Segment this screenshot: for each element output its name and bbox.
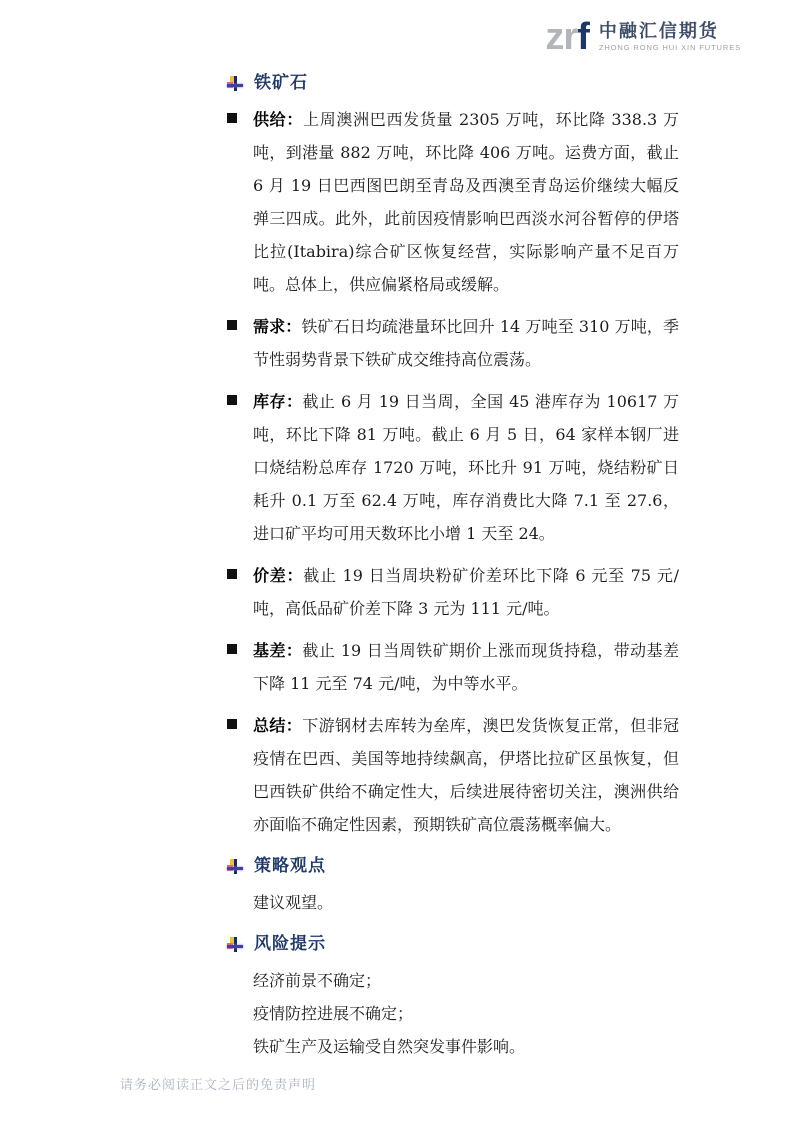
bullet-label: 需求： (253, 317, 301, 336)
bullet-label: 库存： (253, 392, 302, 411)
bullet-item-summary: 总结：下游钢材去库转为垒库，澳巴发货恢复正常，但非冠疫情在巴西、美国等地持续飙高… (227, 709, 679, 841)
section-header-strategy: 策略观点 (227, 855, 679, 877)
bullet-item-inventory: 库存：截止 6 月 19 日当周，全国 45 港库存为 10617 万吨，环比下… (227, 385, 679, 550)
bullet-item-basis: 基差：截止 19 日当周铁矿期价上涨而现货持稳，带动基差下降 11 元至 74 … (227, 634, 679, 700)
company-logo: zrf 中融汇信期货 ZHONG RONG HUI XIN FUTURES (545, 18, 741, 56)
section-title: 铁矿石 (254, 72, 308, 94)
bullet-text: 总结：下游钢材去库转为垒库，澳巴发货恢复正常，但非冠疫情在巴西、美国等地持续飙高… (253, 709, 679, 841)
section-bullet-icon (227, 76, 243, 91)
bullet-label: 基差： (253, 641, 302, 660)
square-bullet-icon (227, 113, 237, 123)
square-bullet-icon (227, 395, 237, 405)
footer-disclaimer: 请务必阅读正文之后的免责声明 (120, 1078, 316, 1094)
bullet-text: 价差：截止 19 日当周块粉矿价差环比下降 6 元至 75 元/吨，高低品矿价差… (253, 559, 679, 625)
bullet-item-demand: 需求：铁矿石日均疏港量环比回升 14 万吨至 310 万吨，季节性弱势背景下铁矿… (227, 310, 679, 376)
bullet-item-price-spread: 价差：截止 19 日当周块粉矿价差环比下降 6 元至 75 元/吨，高低品矿价差… (227, 559, 679, 625)
section-header-risk: 风险提示 (227, 933, 679, 955)
logo-name-en: ZHONG RONG HUI XIN FUTURES (599, 43, 741, 53)
risk-line: 经济前景不确定； (253, 964, 679, 997)
logo-abbr-zr: zr (545, 16, 577, 58)
report-body: 铁矿石 供给：上周澳洲巴西发货量 2305 万吨，环比降 338.3 万吨，到港… (227, 72, 679, 1063)
bullet-body: 截止 19 日当周块粉矿价差环比下降 6 元至 75 元/吨，高低品矿价差下降 … (253, 566, 679, 618)
bullet-body: 截止 6 月 19 日当周，全国 45 港库存为 10617 万吨，环比下降 8… (253, 392, 679, 543)
section-bullet-icon (227, 859, 243, 874)
bullet-body: 上周澳洲巴西发货量 2305 万吨，环比降 338.3 万吨，到港量 882 万… (253, 110, 679, 294)
section-bullet-icon (227, 937, 243, 952)
square-bullet-icon (227, 320, 237, 330)
risk-line: 疫情防控进展不确定； (253, 997, 679, 1030)
square-bullet-icon (227, 569, 237, 579)
bullet-text: 供给：上周澳洲巴西发货量 2305 万吨，环比降 338.3 万吨，到港量 88… (253, 103, 679, 301)
logo-abbr: zrf (545, 18, 588, 56)
logo-name-cn: 中融汇信期货 (599, 21, 741, 41)
risk-line: 铁矿生产及运输受自然突发事件影响。 (253, 1030, 679, 1063)
bullet-text: 需求：铁矿石日均疏港量环比回升 14 万吨至 310 万吨，季节性弱势背景下铁矿… (253, 310, 679, 376)
bullet-label: 总结： (253, 716, 302, 735)
report-page: { "logo": { "abbr_gray": "zr", "abbr_blu… (0, 0, 793, 1122)
section-title: 风险提示 (254, 933, 326, 955)
bullet-text: 库存：截止 6 月 19 日当周，全国 45 港库存为 10617 万吨，环比下… (253, 385, 679, 550)
bullet-item-supply: 供给：上周澳洲巴西发货量 2305 万吨，环比降 338.3 万吨，到港量 88… (227, 103, 679, 301)
bullet-body: 下游钢材去库转为垒库，澳巴发货恢复正常，但非冠疫情在巴西、美国等地持续飙高，伊塔… (253, 716, 679, 834)
square-bullet-icon (227, 644, 237, 654)
section-title: 策略观点 (254, 855, 326, 877)
bullet-text: 基差：截止 19 日当周铁矿期价上涨而现货持稳，带动基差下降 11 元至 74 … (253, 634, 679, 700)
square-bullet-icon (227, 719, 237, 729)
logo-abbr-f: f (577, 16, 589, 58)
section-header-iron-ore: 铁矿石 (227, 72, 679, 94)
bullet-label: 供给： (253, 110, 303, 129)
logo-names: 中融汇信期货 ZHONG RONG HUI XIN FUTURES (599, 21, 741, 53)
bullet-label: 价差： (253, 566, 303, 585)
bullet-body: 铁矿石日均疏港量环比回升 14 万吨至 310 万吨，季节性弱势背景下铁矿成交维… (253, 317, 679, 369)
bullet-body: 截止 19 日当周铁矿期价上涨而现货持稳，带动基差下降 11 元至 74 元/吨… (253, 641, 679, 693)
strategy-text: 建议观望。 (253, 886, 679, 919)
